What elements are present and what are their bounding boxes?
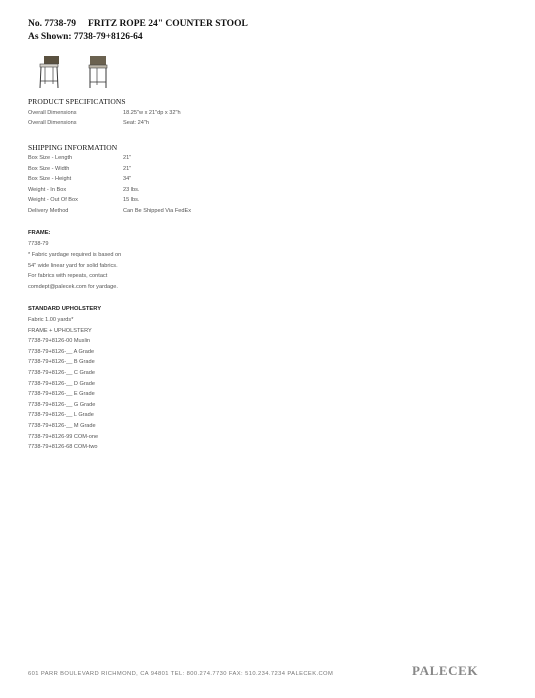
upholstery-line: 7738-79+8126-__ A Grade [28,349,94,355]
frame-line: * Fabric yardage required is based on [28,252,121,258]
product-specifications-heading: PRODUCT SPECIFICATIONS [28,97,126,106]
product-number: No. 7738-79 [28,19,76,29]
upholstery-line: 7738-79+8126-__ D Grade [28,381,95,387]
upholstery-line: 7738-79+8126-__ M Grade [28,423,96,429]
upholstery-line: 7738-79+8126-__ C Grade [28,370,95,376]
frame-line: comdept@palecek.com for yardage. [28,284,118,290]
upholstery-line: 7738-79+8126-__ B Grade [28,359,95,365]
document-title: No. 7738-79FRITZ ROPE 24" COUNTER STOOL … [28,18,248,44]
shipping-information-heading: SHIPPING INFORMATION [28,143,117,152]
upholstery-line: Fabric 1.00 yards* [28,317,73,323]
shipping-row: Delivery MethodCan Be Shipped Via FedEx [28,208,191,214]
stool-front-image[interactable] [36,55,62,89]
upholstery-line: 7738-79+8126-__ L Grade [28,412,94,418]
spec-row: Overall Dimensions18.25"w x 21"dp x 32"h [28,110,181,116]
frame-line: 7738-79 [28,241,49,247]
shipping-row: Weight - Out Of Box15 lbs. [28,197,139,203]
shipping-row: Weight - In Box23 lbs. [28,187,139,193]
as-shown: As Shown: 7738-79+8126-64 [28,31,248,44]
shipping-row: Box Size - Height34" [28,176,131,182]
upholstery-line: FRAME + UPHOLSTERY [28,328,92,334]
brand-logo: PALECEK [412,663,478,679]
product-name: FRITZ ROPE 24" COUNTER STOOL [88,19,248,29]
upholstery-line: 7738-79+8126-__ E Grade [28,391,95,397]
footer-address: 601 PARR BOULEVARD RICHMOND, CA 94801 TE… [28,671,333,677]
upholstery-line: 7738-79+8126-__ G Grade [28,402,95,408]
shipping-row: Box Size - Length21" [28,155,131,161]
upholstery-line: 7738-79+8126-00 Muslin [28,338,90,344]
upholstery-line: 7738-79+8126-99 COM-one [28,434,98,440]
upholstery-line: 7738-79+8126-68 COM-two [28,444,98,450]
standard-upholstery-heading: STANDARD UPHOLSTERY [28,306,101,312]
frame-heading: FRAME: [28,230,51,236]
shipping-row: Box Size - Width21" [28,166,131,172]
frame-line: For fabrics with repeats, contact [28,273,107,279]
frame-line: 54" wide linear yard for solid fabrics. [28,263,118,269]
spec-row: Overall DimensionsSeat: 24"h [28,120,149,126]
stool-angle-image[interactable] [85,55,111,89]
